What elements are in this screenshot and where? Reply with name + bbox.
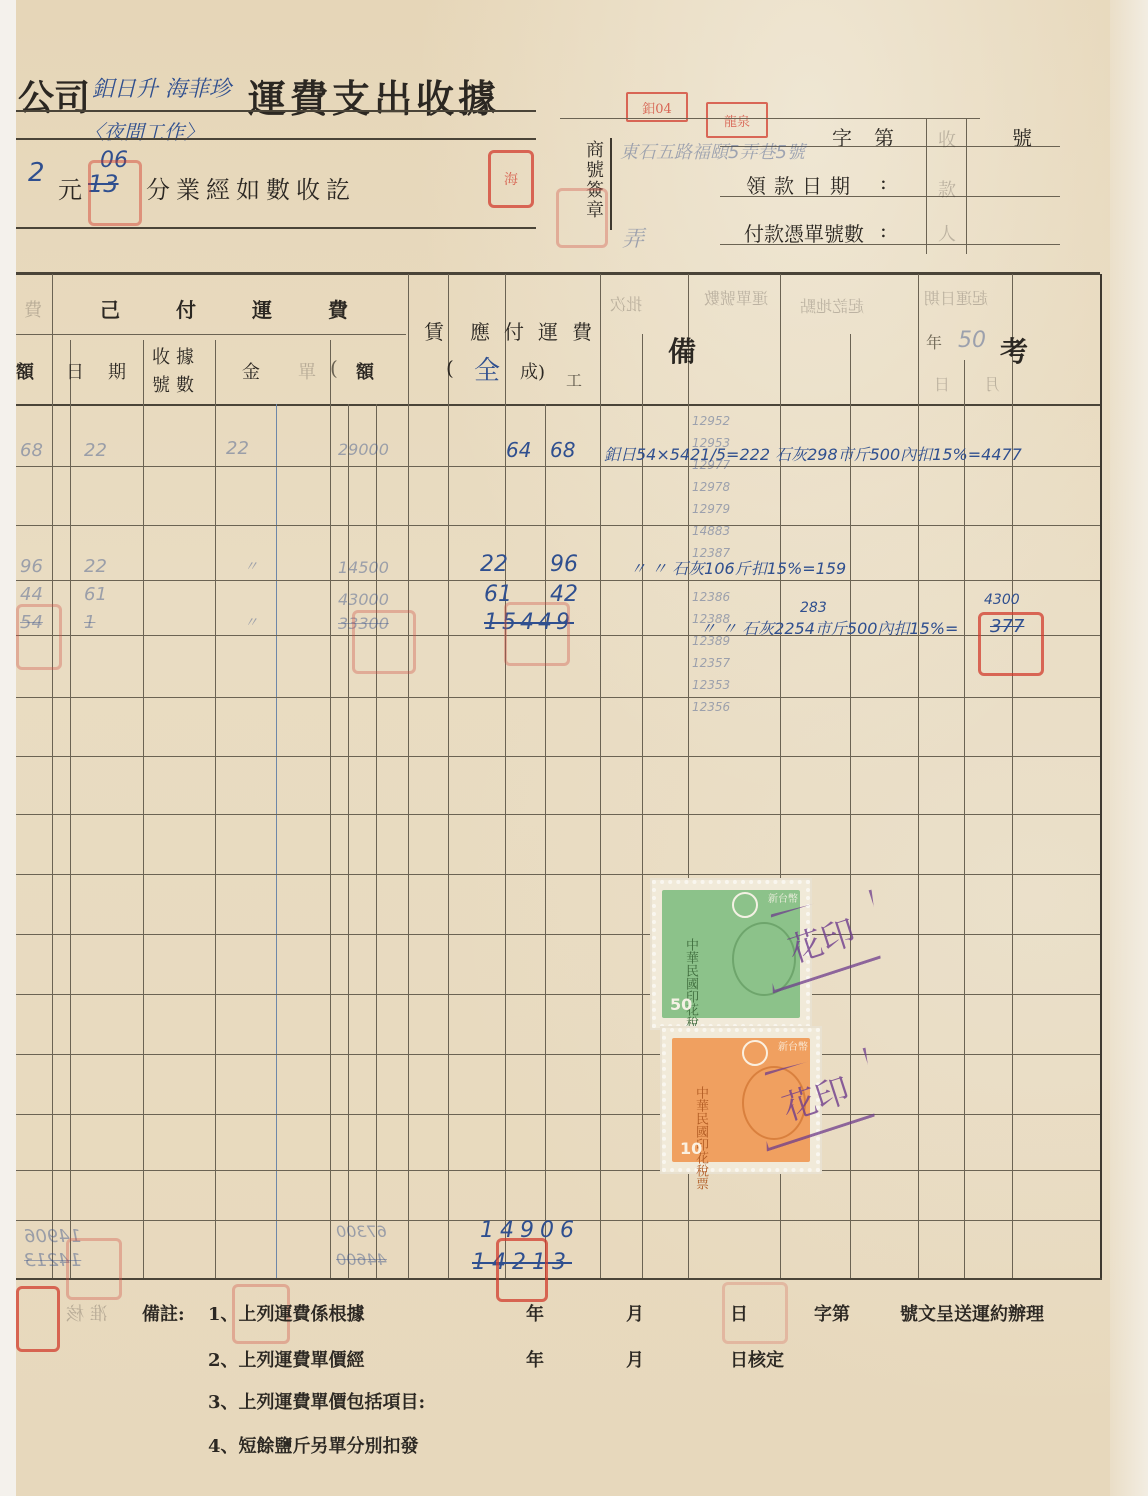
ghost-header-waybill: 運單號數 (704, 286, 768, 309)
row1-paid-amount: 22 (226, 438, 249, 459)
title-company-printed: 公司 (18, 70, 90, 121)
col-line (330, 340, 331, 1278)
date-label: 領款日期 (746, 170, 858, 199)
ghost-header-ship-date: 起運日期 (924, 286, 988, 309)
sun-emblem-icon (742, 1040, 768, 1066)
row2-remark: 〃 〃 石灰106斤扣15%=159 (630, 556, 846, 579)
col-line (545, 404, 546, 1278)
red-seal-row-mid (352, 610, 416, 674)
col-line (70, 340, 71, 1278)
info-rule-top (560, 118, 980, 119)
col-line (964, 360, 965, 1278)
title-company-handwritten: 鈤日升 海菲珍 (92, 72, 231, 103)
row-rule (16, 934, 1100, 935)
amount-yuan-handwritten: 2 (28, 158, 45, 188)
stamp-title: 中華民國印花稅票 (692, 1086, 708, 1190)
footer-line1-month: 月 (626, 1300, 644, 1326)
footer-note-3: 3、上列運費單價包括項目: (208, 1388, 425, 1414)
row-rule (16, 874, 1100, 875)
red-seal-amount (88, 160, 142, 226)
header-receipt-number: 收據號數 (152, 344, 202, 400)
red-seal-row-left (16, 604, 62, 670)
red-seal-total (496, 1238, 548, 1302)
ghost-header-day: 日 (934, 372, 950, 395)
info-divider-2 (966, 118, 967, 254)
footer-notes-label: 備註: (142, 1300, 185, 1326)
amount-yuan-label: 元 (58, 170, 82, 205)
table-top-border (16, 272, 1100, 275)
side-label-shou: 收 (938, 126, 956, 152)
header-remarks-bei: 備 (668, 330, 696, 370)
header-mid-rule (16, 334, 406, 335)
col-line (348, 404, 349, 1278)
col-line (52, 274, 53, 1278)
row4-remark: 〃 〃 石灰2254市斤500內扣15%= (700, 616, 958, 639)
footer-ghost-approve: 准 核 (66, 1300, 108, 1326)
header-remarks-kao: 考 (1000, 330, 1028, 370)
row-rule (16, 466, 1100, 467)
date-underline (720, 196, 1060, 197)
header-year-label: 年 (926, 330, 942, 353)
row4-remark-new: 4300 (984, 592, 1020, 608)
side-label-kuan: 款 (938, 176, 956, 202)
footer-note-4: 4、短餘鹽斤另單分別扣發 (208, 1432, 419, 1458)
info-divider-1 (926, 118, 927, 254)
row2-unit: 14500 (338, 558, 389, 577)
header-paren-open: ( (330, 356, 338, 380)
ghost-header-month: 月 (984, 372, 1000, 395)
col-line (376, 404, 377, 1278)
header-amount-dan: 單 (298, 358, 316, 384)
subtitle-night-work: 〈夜間工作〉 (84, 116, 204, 145)
row-rule (16, 1170, 1100, 1171)
header-payable-sub-left: 賃 (424, 316, 444, 345)
col-line (600, 274, 601, 1278)
header-bottom-border (16, 404, 1100, 406)
header-left-cut-e: 額 (16, 358, 34, 384)
voucher-underline (720, 244, 1060, 245)
row4-mark: 〃 (244, 612, 258, 632)
row-rule (16, 1114, 1100, 1115)
row-rule (16, 1054, 1100, 1055)
ghost-header-route: 起訖地點 (800, 294, 864, 317)
col-line (1012, 274, 1013, 1278)
header-payable-percent: 全 (474, 350, 500, 387)
amount-rule (16, 227, 536, 229)
footer-line1-end: 號文呈送運約辦理 (900, 1300, 1044, 1326)
red-seal-total-left (66, 1238, 122, 1300)
row1-remark: 鈤日54×5421/5=222 石灰298市斤500內扣15%=4477 (604, 442, 1022, 465)
sun-emblem-icon (732, 892, 758, 918)
row4-days: 1 (84, 612, 95, 633)
shop-seal-border (610, 138, 612, 230)
row3-unit: 43000 (338, 590, 389, 609)
footer-line1-day: 日 (730, 1300, 748, 1326)
red-seal-row-remark (978, 612, 1044, 676)
row-rule (16, 756, 1100, 757)
note-3-text: 3、上列運費單價包括項目 (208, 1392, 419, 1413)
header-paid-group: 己付運費 (100, 294, 404, 323)
amount-received-text: 分業經如數收訖 (146, 170, 356, 205)
row2-mark: 〃 (244, 556, 258, 576)
header-date: 日期 (66, 358, 150, 384)
red-seal-shop: 海 (488, 150, 534, 208)
header-payable-right-cut: 工 (566, 368, 582, 391)
footer-line2-end: 日核定 (730, 1346, 784, 1372)
stamp-value: 10 (680, 1139, 702, 1158)
batch-number-list: 12952 12953 12977 12978 12979 14883 1238… (692, 410, 730, 718)
footer-line2-month: 月 (626, 1346, 644, 1372)
header-payable-paren-close: 成) (520, 358, 545, 384)
col-line (448, 274, 449, 1278)
row1-days: 22 (84, 440, 107, 461)
row-rule (16, 525, 1100, 526)
row1-unit: 29000 (338, 440, 389, 459)
row-rule (16, 814, 1100, 815)
footer-line1-zidi: 字第 (814, 1300, 850, 1326)
row1-date: 68 (20, 440, 43, 461)
row1-payable-cents: 68 (550, 438, 575, 462)
paper-edge (1110, 0, 1148, 1496)
row-rule (16, 697, 1100, 698)
date-colon: : (880, 170, 887, 194)
col-line-blue (276, 404, 277, 1278)
red-seal-shop-2 (556, 188, 608, 248)
row1-payable: 64 (506, 438, 531, 462)
row4-remark-above: 283 (800, 600, 827, 616)
table-bottom-border (16, 1278, 1102, 1280)
row2-payable: 22 (480, 552, 508, 577)
title-rule-2 (16, 138, 536, 140)
title-underline (16, 110, 536, 112)
col-line (918, 274, 919, 1278)
col-line (215, 340, 216, 1278)
table-right-border (1100, 274, 1102, 1280)
header-left-cut-fei: 費 (24, 296, 42, 322)
red-seal-footer-left (16, 1286, 60, 1352)
col-line (143, 340, 144, 1278)
signature-handwritten: 弄 (622, 222, 644, 253)
stamp-value: 50 (670, 995, 692, 1014)
red-seal-top-2: 龍泉 (706, 102, 768, 138)
row-rule (16, 994, 1100, 995)
document-title: 運費支出收據 (248, 68, 500, 123)
header-payable-top: 應付運費 (470, 316, 606, 345)
header-amount-jin: 金 (242, 358, 260, 384)
unit-total: 67300 (336, 1222, 387, 1241)
unit-total-struck: 44600 (336, 1250, 387, 1269)
header-year-handwritten: 50 (958, 328, 986, 353)
row-rule (16, 580, 1100, 581)
row3-date: 44 (20, 584, 43, 605)
col-line (850, 334, 851, 1278)
ghost-header-batch: 批次 (610, 292, 642, 315)
footer-line1-year: 年 (526, 1300, 544, 1326)
footer-note-1: 1、上列運費係根據 (208, 1300, 365, 1326)
footer-note-2: 2、上列運費單價經 (208, 1346, 365, 1372)
col-line (642, 334, 643, 1278)
voucher-colon: : (880, 218, 887, 242)
stamp-title: 中華民國印花稅票 (682, 938, 698, 1042)
voucher-label: 付款憑單號數 (744, 218, 864, 247)
row3-days: 61 (84, 584, 107, 605)
row2-date: 96 (20, 556, 43, 577)
col-line (408, 274, 409, 1278)
row2-days: 22 (84, 556, 107, 577)
footer-line2-year: 年 (526, 1346, 544, 1372)
handwritten-address: 東石五路福頤5弄巷5號 (620, 138, 805, 164)
row2-payable-cents: 96 (550, 552, 578, 577)
stamp-issuer: 新台幣 (778, 1038, 808, 1053)
header-amount-e: 額 (356, 358, 374, 384)
header-payable-paren-open: ( (446, 356, 454, 380)
notes-label: 備註 (142, 1304, 178, 1325)
col-line (505, 274, 506, 1278)
stamp-issuer: 新台幣 (768, 890, 798, 905)
side-label-ren: 人 (938, 220, 956, 246)
red-seal-row-payable (504, 602, 570, 666)
